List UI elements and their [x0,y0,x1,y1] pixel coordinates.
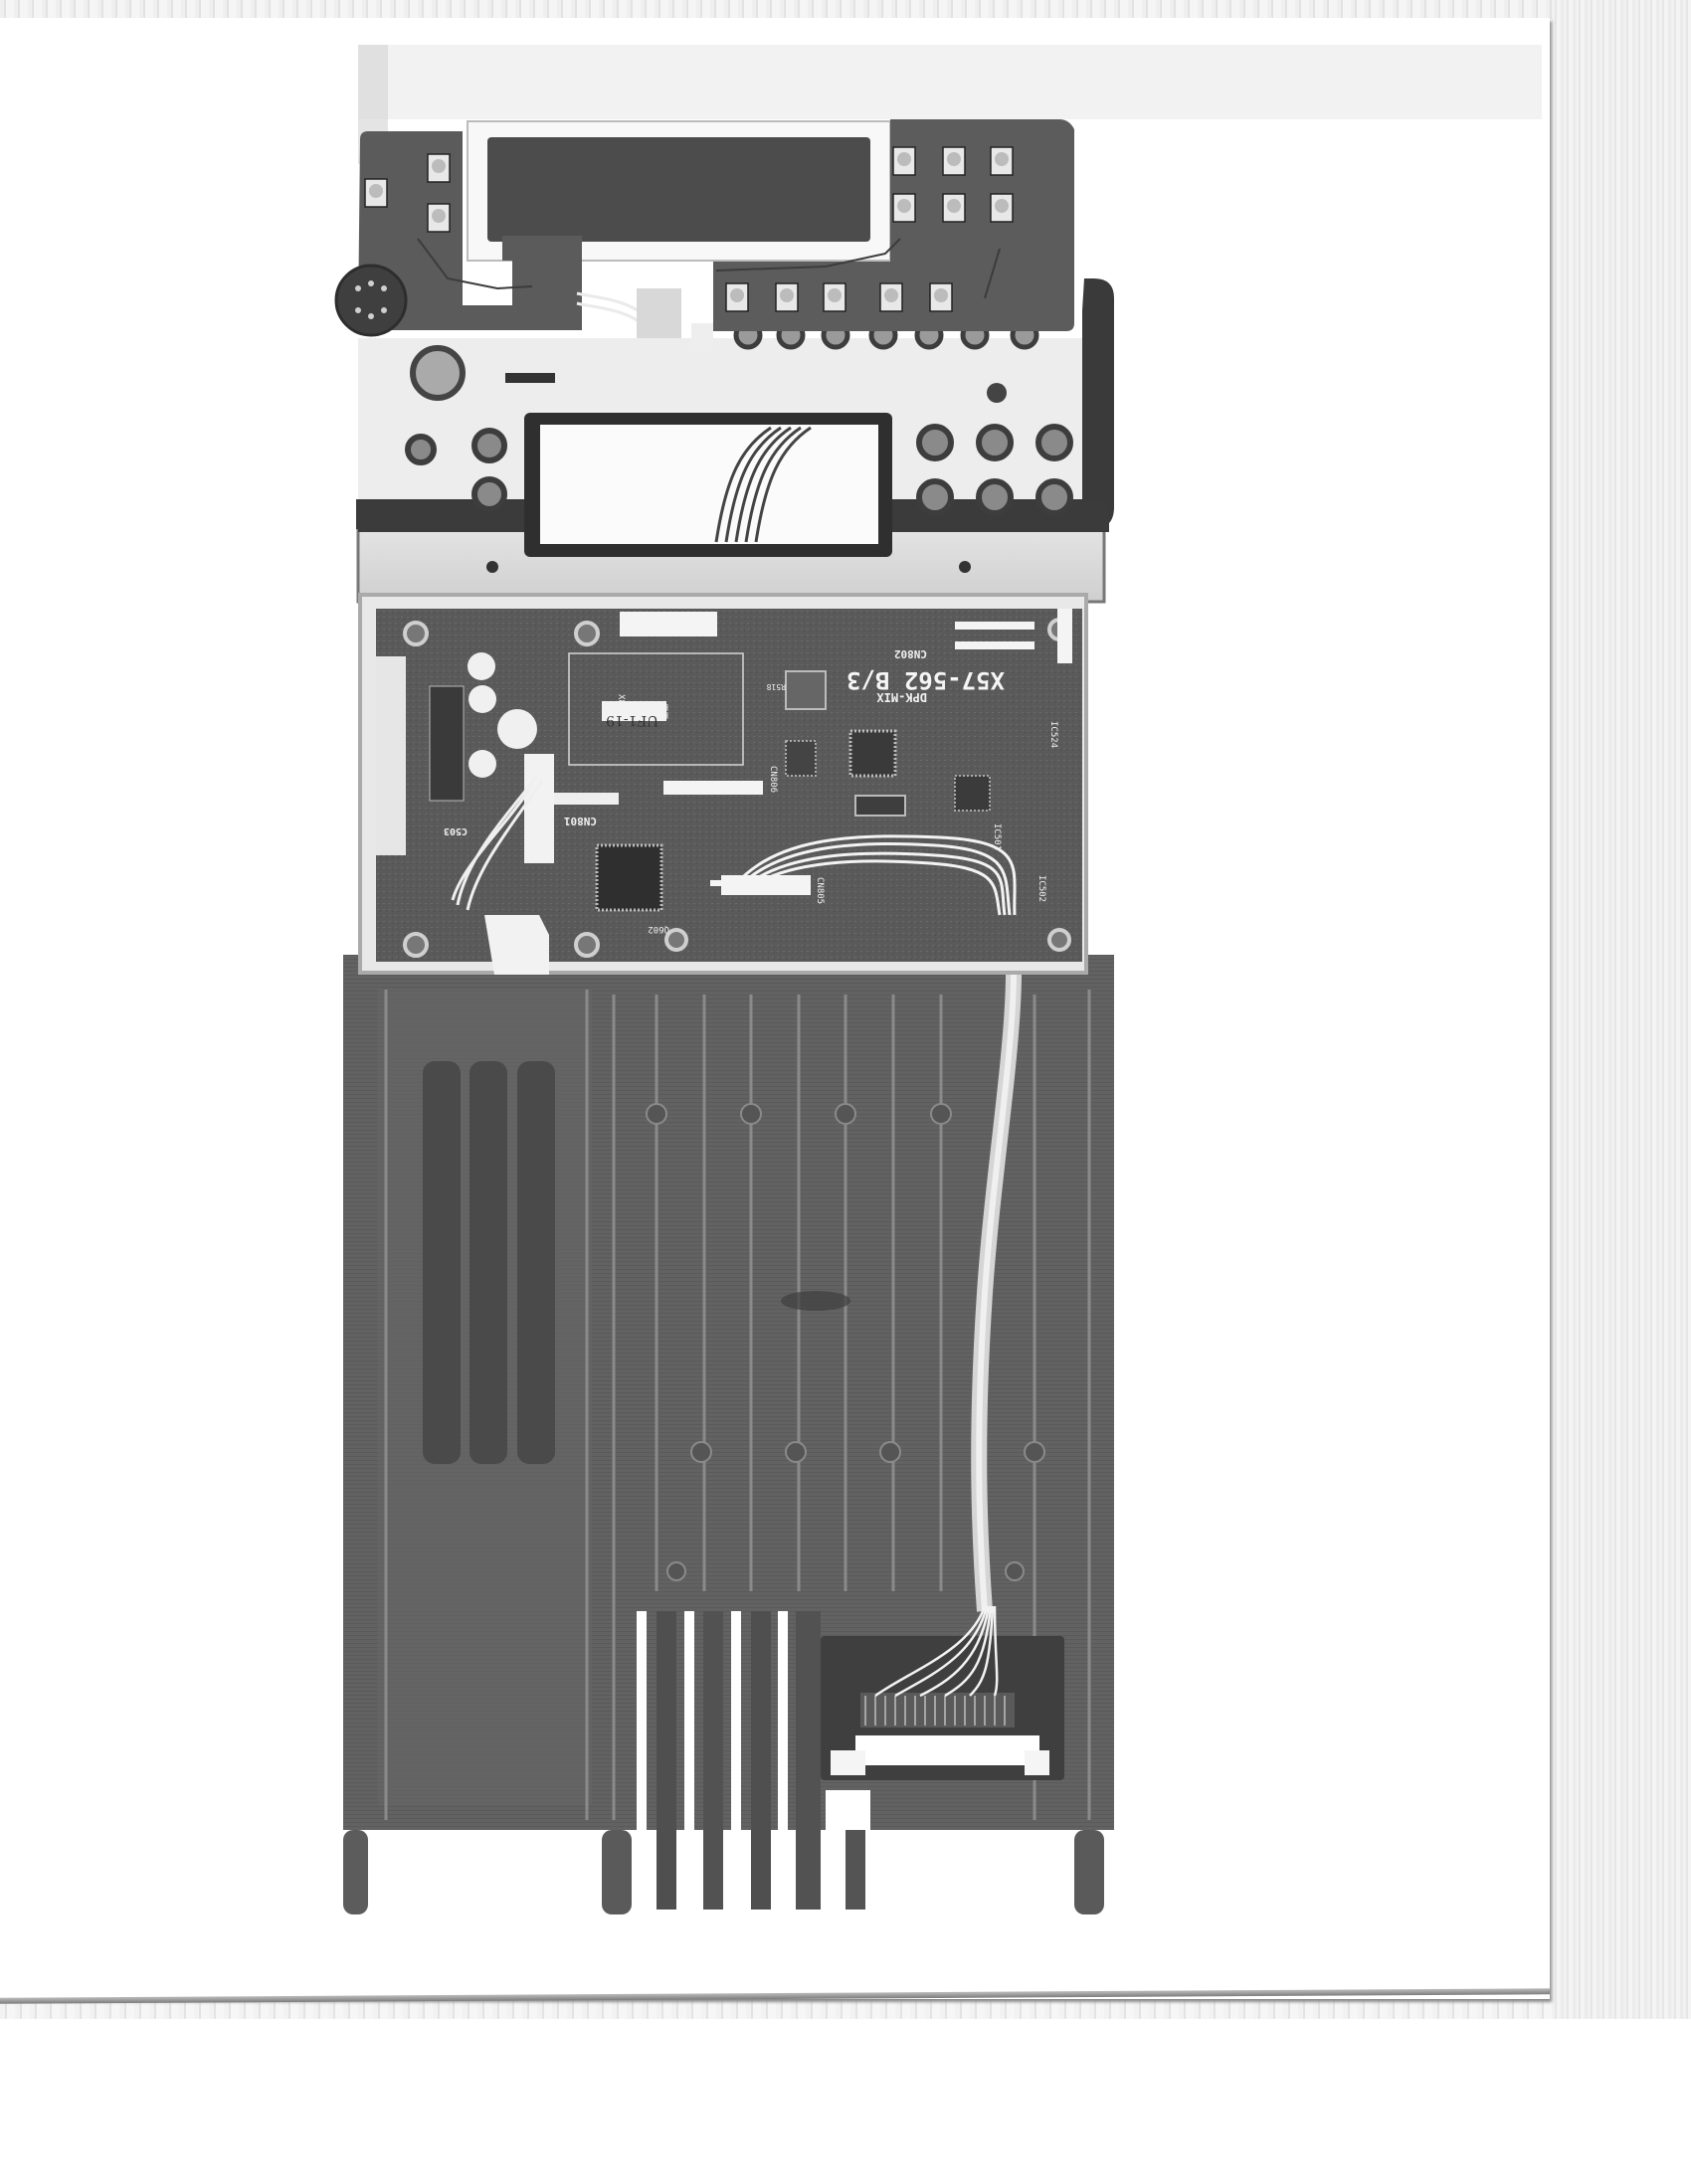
pcb-label-ic502: IC502 [1036,875,1046,902]
pcb-label-ic501: IC501 [992,823,1002,850]
connector-top [620,612,717,637]
pcb-label-c503: C503 [444,825,468,836]
pcb-label-r518: R518 [767,682,786,691]
mic-connector [336,266,406,335]
ic-cpu [597,845,661,910]
lcd-display [487,137,870,242]
pcb-label-ic524: IC524 [1048,721,1058,748]
pcb-label-cn806: CN806 [768,766,778,793]
pcb-sticker: UF1-19 [606,712,658,728]
transceiver-photo: J72-0569-02 X57-562 B/3 DPK-MIX CN802 CN… [0,0,1691,2184]
pcb-label-cn805: CN805 [815,877,825,904]
pcb-label-cn801: CN801 [564,815,597,827]
rear-connector [821,1636,1064,1780]
pcb-label-q602: Q602 [648,924,669,934]
pcb-label-cn802: CN802 [894,647,927,660]
pcb-label-mark: DPK-MIX [876,690,927,704]
vent-slots [423,1061,555,1464]
pcb-label-unit: X57-562 B/3 [846,666,1005,694]
front-panel-pcb [336,119,1074,345]
